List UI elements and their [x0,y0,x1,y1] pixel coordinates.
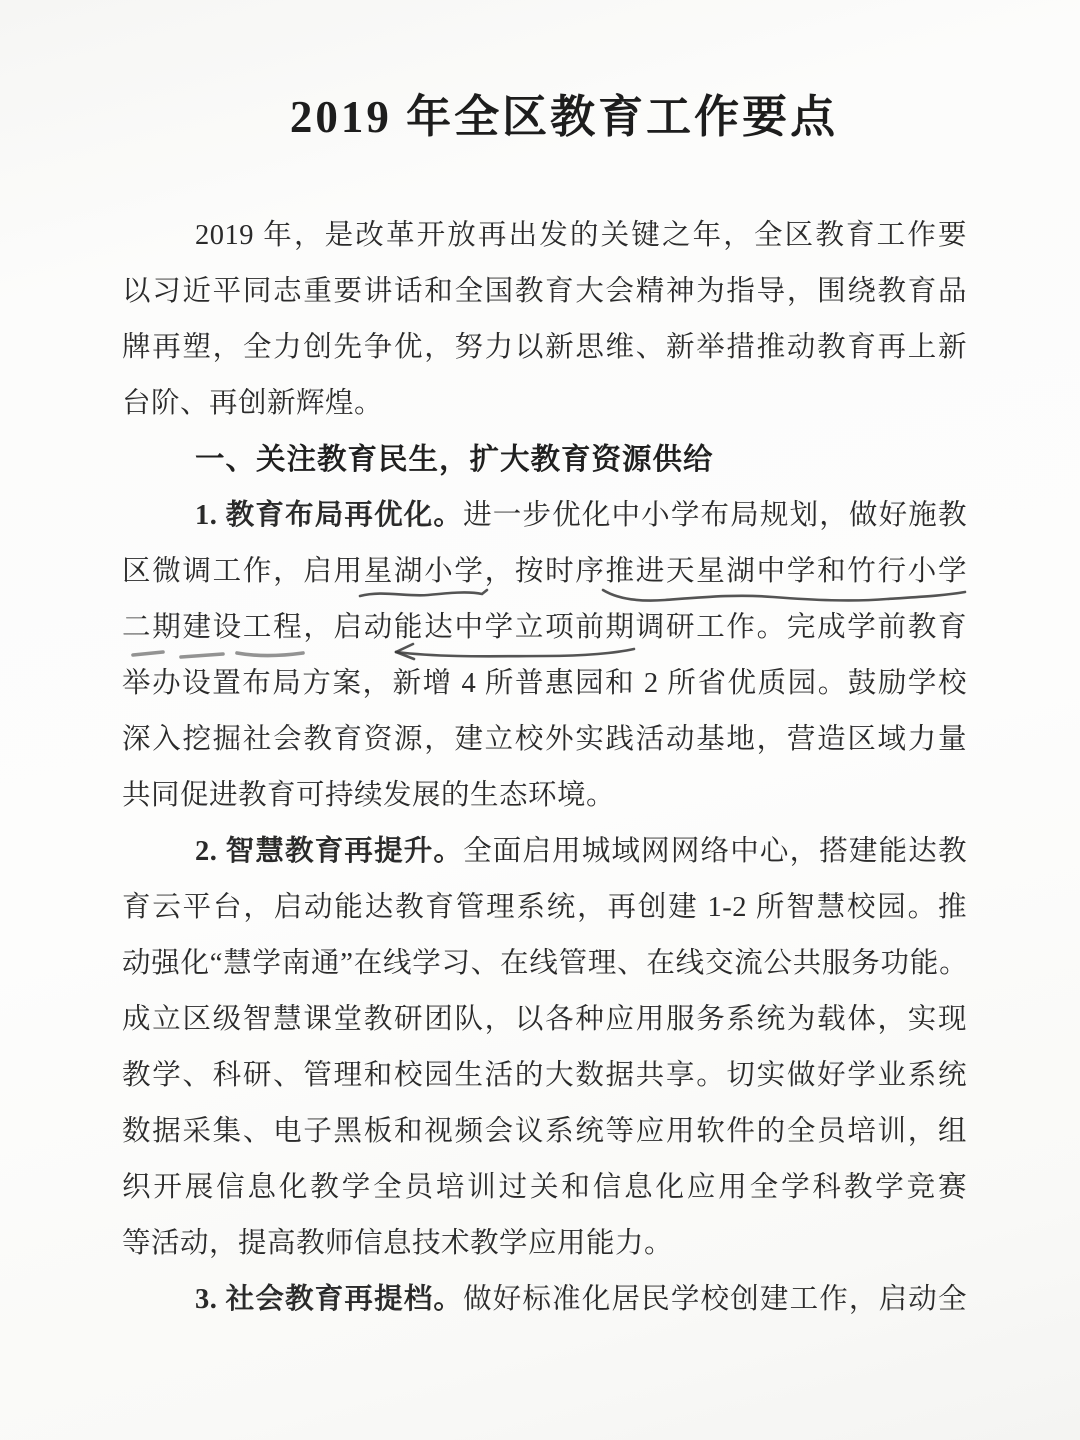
text-line: 数据采集、电子黑板和视频会议系统等应用软件的全员培训，组 [122,1104,967,1160]
text-line: 动强化“慧学南通”在线学习、在线管理、在线交流公共服务功能。 [122,936,967,992]
text-segment: 调研工作。完成学前教育 [636,612,967,643]
text-line: 台阶、再创新辉煌。 [122,376,967,432]
item-number-lead: 2. 智慧教育再提升。 [195,836,463,867]
text-segment: 做好标准化居民学校创建工作，启动全 [463,1284,967,1315]
text-line: 织开展信息化教学全员培训过关和信息化应用全学科教学竞赛 [122,1160,967,1216]
text-line: 3. 社会教育再提档。做好标准化居民学校创建工作，启动全 [122,1272,967,1328]
pen-underlined-phrase: 星湖小学 [364,556,485,587]
pen-underlined-phrase: 能达中学立项前期 [394,612,636,643]
text-line: 2. 智慧教育再提升。全面启用城域网网络中心，搭建能达教 [122,824,967,880]
item-number-lead: 1. 教育布局再优化。 [195,500,463,531]
text-line: 举办设置布局方案，新增 4 所普惠园和 2 所省优质园。鼓励学校 [122,656,967,712]
text-line: 2019 年，是改革开放再出发的关键之年，全区教育工作要 [122,208,967,264]
pen-underlined-phrase: 推进天星湖中学和竹行小学 [606,556,967,587]
text-line: 成立区级智慧课堂教研团队，以各种应用服务系统为载体，实现 [122,992,967,1048]
text-line: 共同促进教育可持续发展的生态环境。 [122,768,967,824]
text-line: 育云平台，启动能达教育管理系统，再创建 1-2 所智慧校园。推 [122,880,967,936]
item-number-lead: 3. 社会教育再提档。 [195,1284,463,1315]
section-heading: 一、关注教育民生，扩大教育资源供给 [122,432,967,488]
text-line: 二期建设工程，启动能达中学立项前期调研工作。完成学前教育 [122,600,967,656]
text-line: 教学、科研、管理和校园生活的大数据共享。切实做好学业系统 [122,1048,967,1104]
text-segment: ，启动 [303,612,394,643]
text-segment: 区微调工作，启用 [122,556,364,587]
pen-underlined-phrase: 二期建设工程 [122,612,303,643]
text-line: 牌再塑，全力创先争优，努力以新思维、新举措推动教育再上新 [122,320,967,376]
text-line: 1. 教育布局再优化。进一步优化中小学布局规划，做好施教 [122,488,967,544]
scanned-document-page: 2019 年全区教育工作要点 2019 年，是改革开放再出发的关键之年，全区教育… [0,0,1080,1440]
text-line: 以习近平同志重要讲话和全国教育大会精神为指导，围绕教育品 [122,264,967,320]
text-segment: 进一步优化中小学布局规划，做好施教 [463,500,967,531]
text-line: 等活动，提高教师信息技术教学应用能力。 [122,1216,967,1272]
text-line: 区微调工作，启用星湖小学，按时序推进天星湖中学和竹行小学 [122,544,967,600]
text-line: 深入挖掘社会教育资源，建立校外实践活动基地，营造区域力量 [122,712,967,768]
text-segment: 全面启用城域网网络中心，搭建能达教 [463,836,967,867]
document-body: 2019 年，是改革开放再出发的关键之年，全区教育工作要 以习近平同志重要讲话和… [122,208,967,1328]
document-title: 2019 年全区教育工作要点 [24,80,1080,145]
text-segment: ，按时序 [485,556,606,587]
